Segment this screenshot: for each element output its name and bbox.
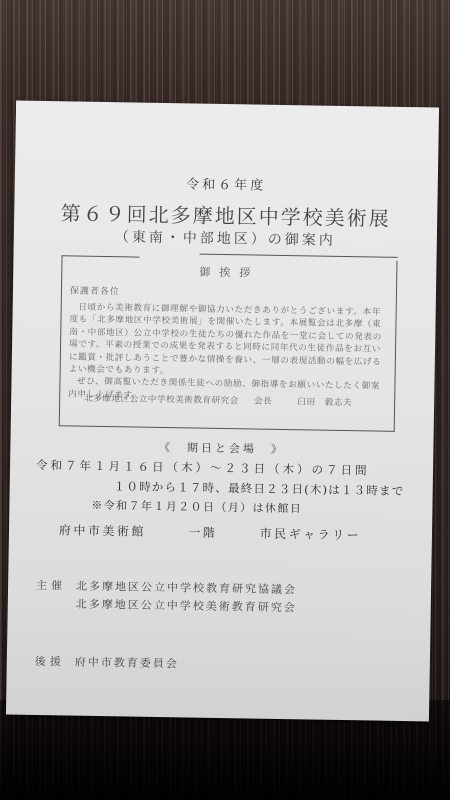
support-name: 府中市教育委員会 xyxy=(75,654,179,672)
support-label: 後援 xyxy=(35,653,75,670)
greeting-heading: 御挨拶 xyxy=(62,261,396,283)
fiscal-year: 令和６年度 xyxy=(15,171,438,197)
support: 後援 府中市教育委員会 xyxy=(35,653,179,671)
sponsor-label: 主催 xyxy=(36,577,77,614)
greeting-body: 日頃から美術教育に御理解や御協力いただきありがとうございます。本年度も「北多摩地… xyxy=(68,301,388,406)
schedule-heading: 《 期日と会場 》 xyxy=(10,436,433,459)
exhibition-flyer: 令和６年度 第６９回北多摩地区中学校美術展 （東南・中部地区）の御案内 御挨拶 … xyxy=(6,101,439,722)
greeting-box: 御挨拶 保護者各位 日頃から美術教育に御理解や御協力いただきありがとうございます… xyxy=(59,255,398,432)
exhibition-hours: １０時から１７時、最終日２３日(木)は１３時まで xyxy=(114,478,405,499)
sponsor-name: 北多摩地区公立中学校美術教育研究会 xyxy=(76,596,297,618)
venue: 府中市美術館 一階 市民ギャラリー xyxy=(59,521,361,543)
venue-name: 府中市美術館 xyxy=(59,521,146,539)
box-border-right xyxy=(200,254,398,258)
signature-role: 会長 xyxy=(254,395,272,407)
sponsors: 主催 北多摩地区公立中学校教育研究協議会 北多摩地区公立中学校美術教育研究会 xyxy=(36,577,298,617)
venue-floor: 一階 xyxy=(188,523,217,540)
exhibition-dates: 令和７年１月１６日（木）～２３日（木）の７日間 xyxy=(36,457,370,479)
signature-name: 臼田 毅志夫 xyxy=(297,395,352,408)
greeting-salutation: 保護者各位 xyxy=(70,283,120,297)
greeting-paragraph: 日頃から美術教育に御理解や御協力いただきありがとうございます。本年度も「北多摩地… xyxy=(69,301,388,381)
signature-organization: 北多摩地区公立中学校美術教育研究会 xyxy=(84,392,239,407)
closed-day-note: ※令和７年１月２０日（月）は休館日 xyxy=(91,497,302,516)
box-border-left xyxy=(62,255,140,257)
venue-room: 市民ギャラリー xyxy=(260,525,362,544)
